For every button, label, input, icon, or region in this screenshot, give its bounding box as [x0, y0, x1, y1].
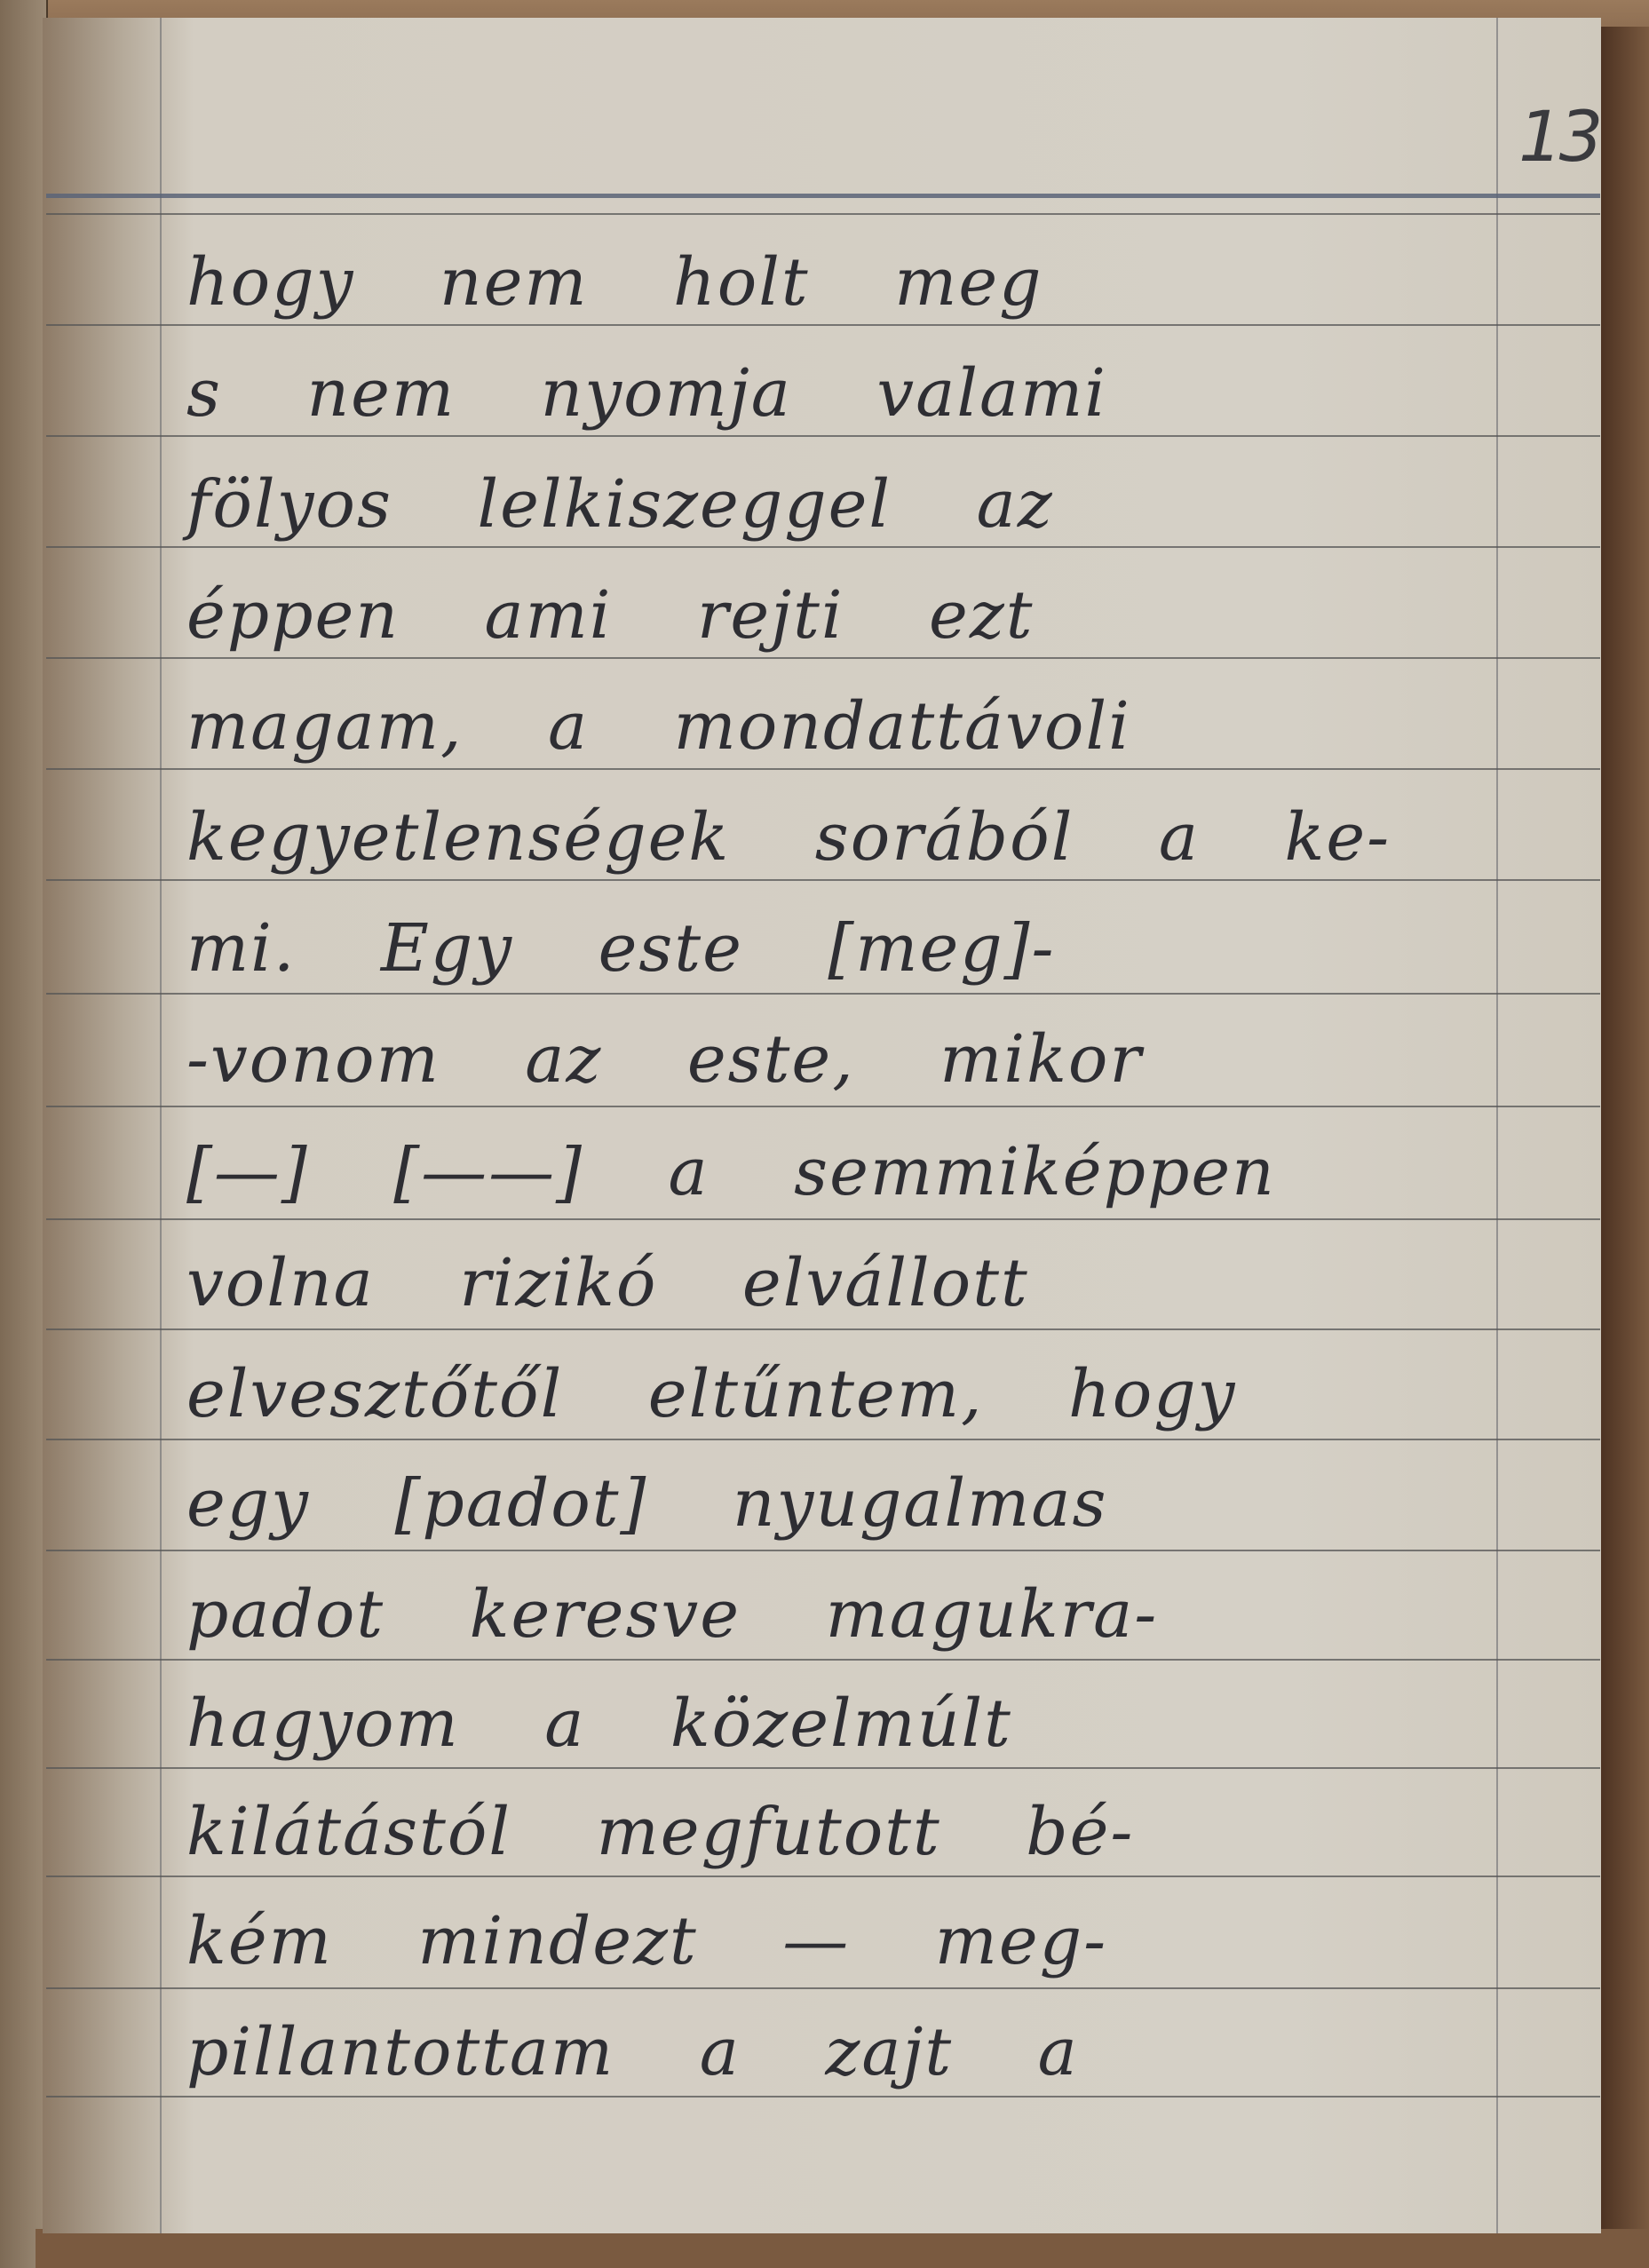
page-shadow-right: [1598, 27, 1649, 2268]
handwritten-line: hogy nem holt meg: [186, 244, 1492, 342]
previous-page-edge: [0, 0, 48, 2268]
page-number: 13: [1518, 98, 1599, 178]
handwritten-line: pillantottam a zajt a: [186, 2014, 1492, 2112]
handwritten-line: [—] [——] a semmiképpen: [186, 1134, 1492, 1232]
header-rule: [46, 194, 1600, 198]
handwritten-line: fölyos lelkiszeggel az: [186, 466, 1492, 564]
handwritten-line: kilátástól megfutott bé-: [186, 1794, 1492, 1891]
handwritten-line: magam, a mondattávoli: [186, 688, 1492, 786]
handwritten-line: kegyetlenségek sorából a ke-: [186, 799, 1492, 897]
handwritten-line: kém mindezt — meg-: [186, 1903, 1492, 2001]
handwritten-line: s nem nyomja valami: [186, 355, 1492, 453]
ruled-line: [46, 213, 1600, 215]
handwritten-line: hagyom a közelmúlt: [186, 1685, 1492, 1783]
page-shadow-bottom: [36, 2229, 1649, 2268]
handwritten-line: egy [padot] nyugalmas: [186, 1465, 1492, 1563]
right-margin-line: [1496, 18, 1498, 2233]
handwritten-line: -vonom az este, mikor: [186, 1021, 1492, 1119]
handwritten-line: volna rizikó elvállott: [186, 1245, 1492, 1343]
left-margin-line: [160, 18, 162, 2233]
handwritten-line: éppen ami rejti ezt: [186, 577, 1492, 675]
handwritten-line: mi. Egy este [meg]-: [186, 910, 1492, 1008]
notebook-page: [43, 18, 1601, 2233]
handwritten-line: padot keresve magukra-: [186, 1576, 1492, 1674]
handwritten-line: elvesztőtől eltűntem, hogy: [186, 1356, 1492, 1454]
